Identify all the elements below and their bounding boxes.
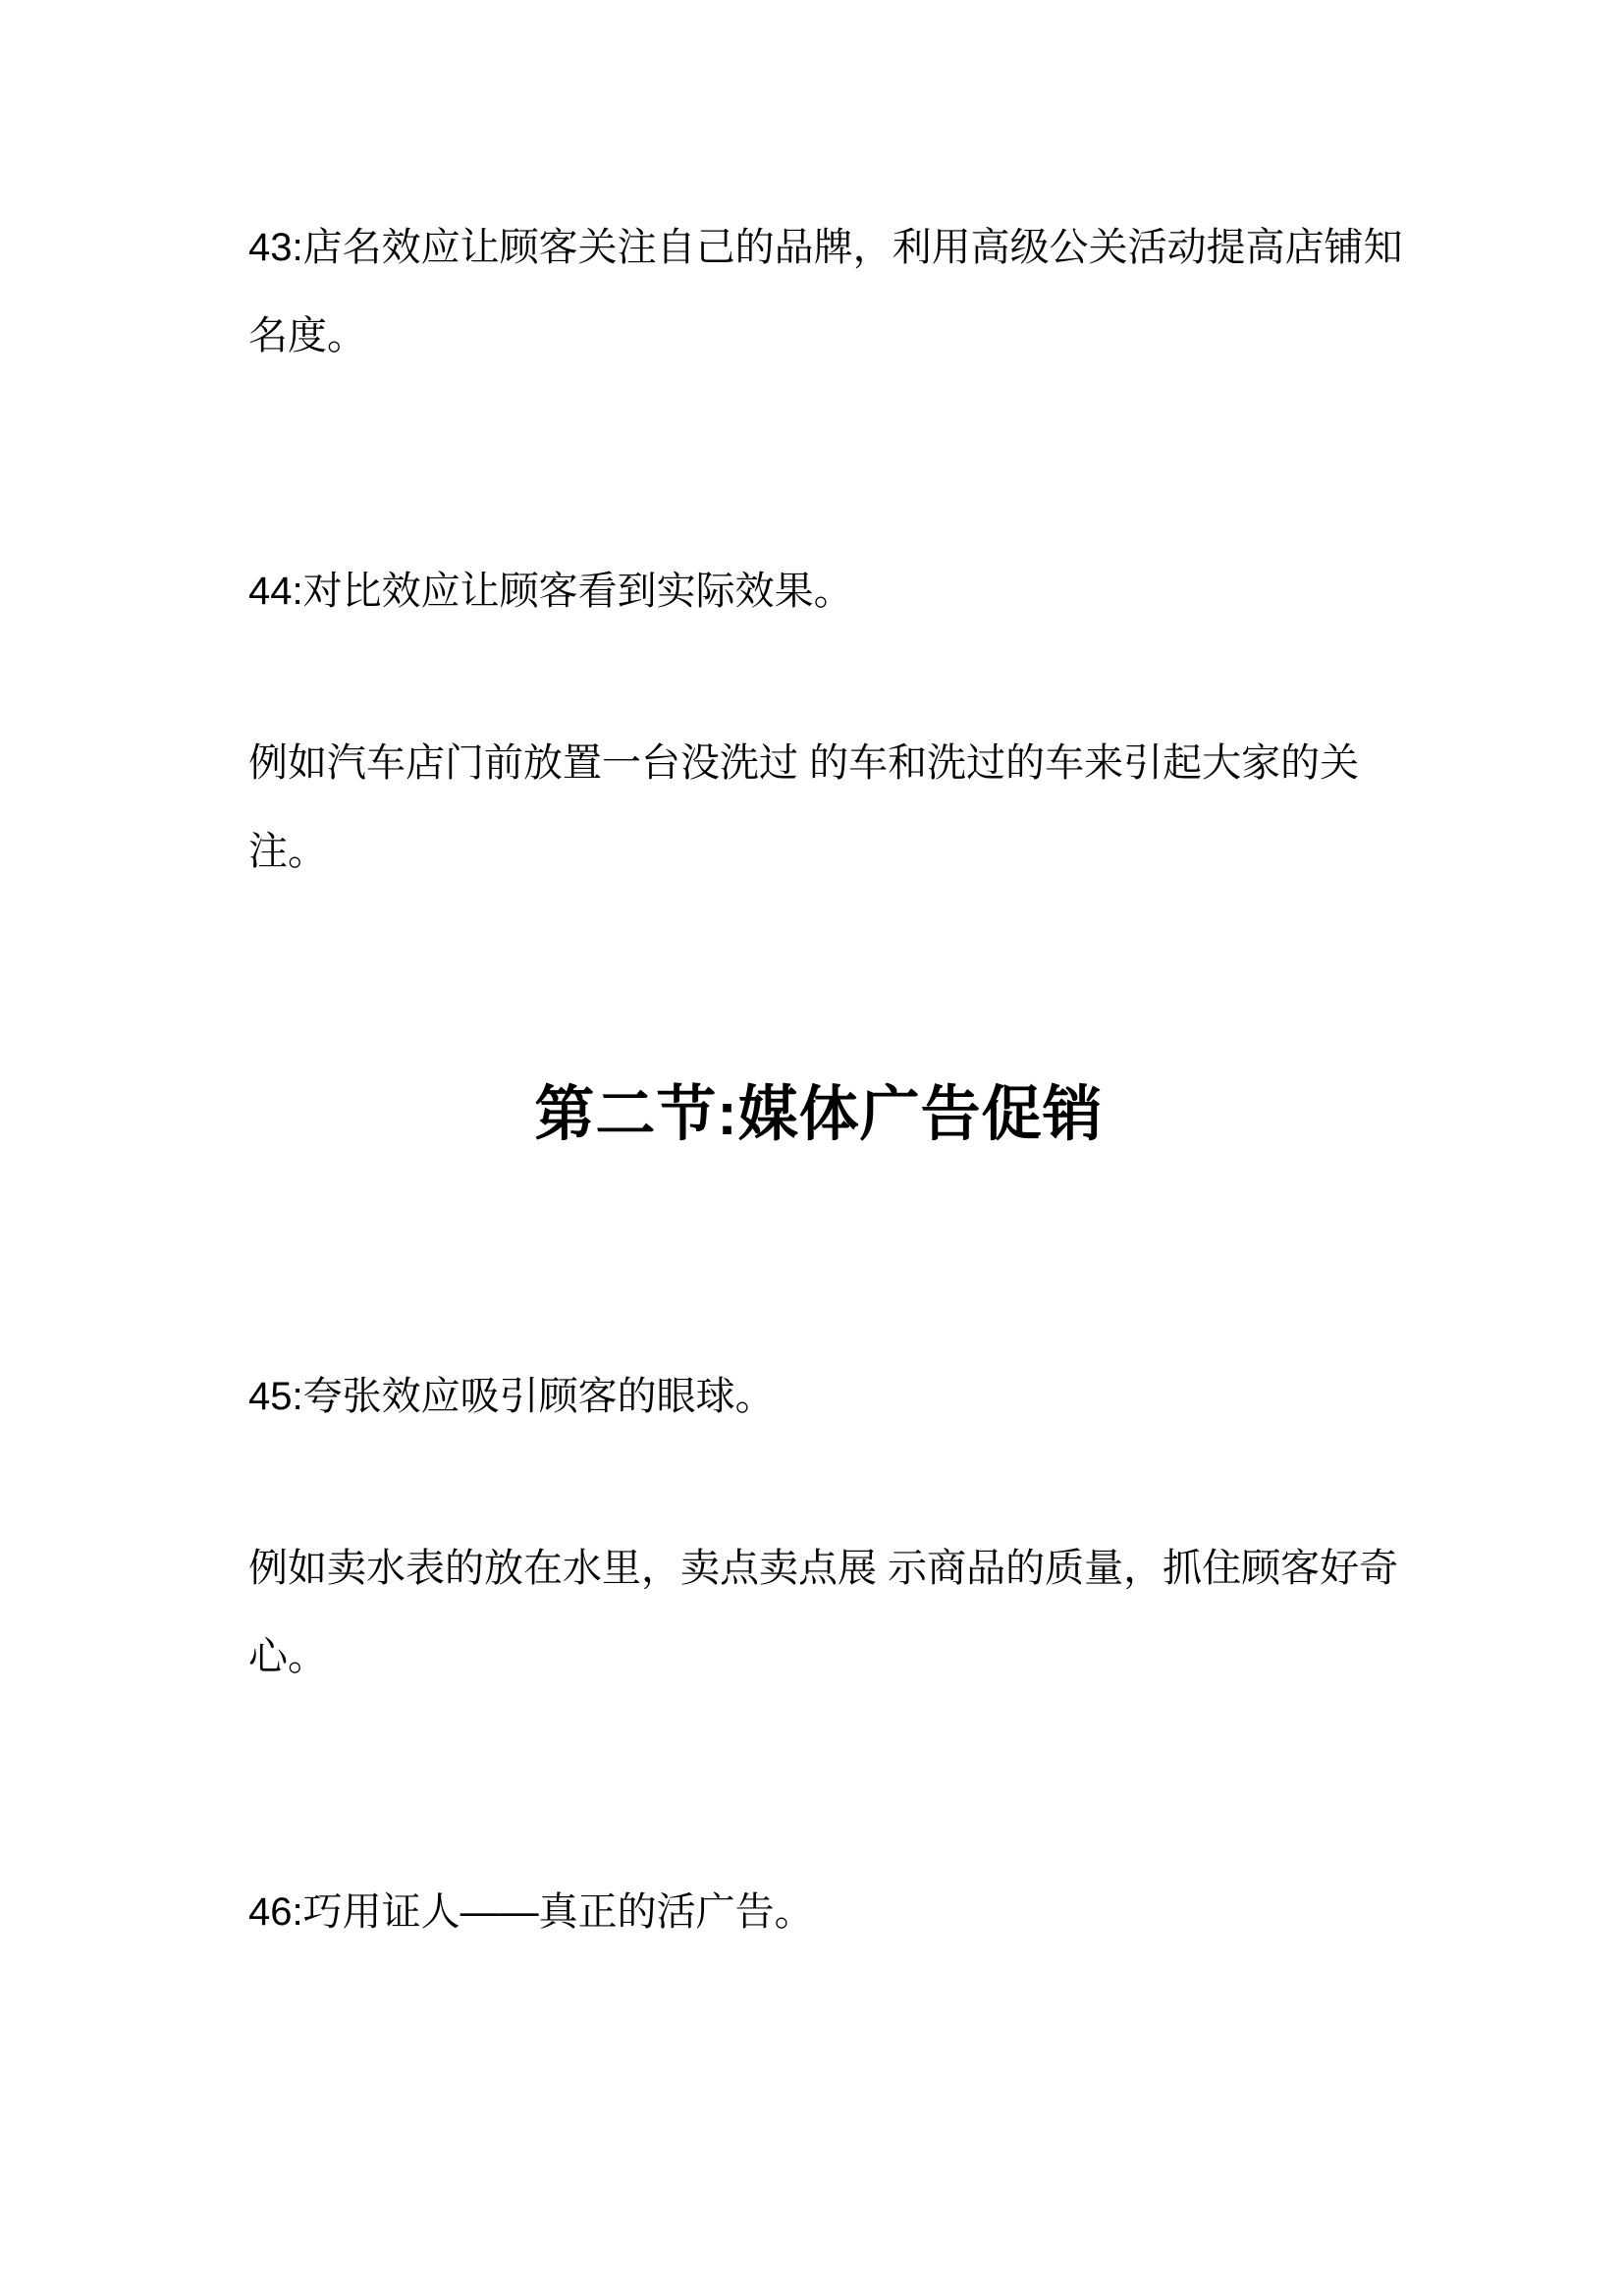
page-content: 43:店名效应让顾客关注自己的品牌，利用高级公关活动提高店铺知 名度。 44:对… (0, 0, 1623, 1956)
paragraph-item-43: 43:店名效应让顾客关注自己的品牌，利用高级公关活动提高店铺知 名度。 (248, 203, 1389, 380)
document-page: 43:店名效应让顾客关注自己的品牌，利用高级公关活动提高店铺知 名度。 44:对… (0, 0, 1623, 2296)
example-paragraph-water-meter: 例如卖水表的放在水里，卖点卖点展 示商品的质量，抓住顾客好奇 心。 (248, 1524, 1389, 1701)
section-heading: 第二节:媒体广告促销 (248, 1068, 1389, 1160)
example-paragraph-car-contrast: 例如汽车店门前放置一台没洗过 的车和洗过的车来引起大家的关 注。 (248, 719, 1389, 896)
paragraph-item-46: 46:巧用证人——真正的活广告。 (248, 1868, 1389, 1956)
paragraph-item-45: 45:夸张效应吸引顾客的眼球。 (248, 1352, 1389, 1441)
paragraph-item-44: 44:对比效应让顾客看到实际效果。 (248, 547, 1389, 635)
